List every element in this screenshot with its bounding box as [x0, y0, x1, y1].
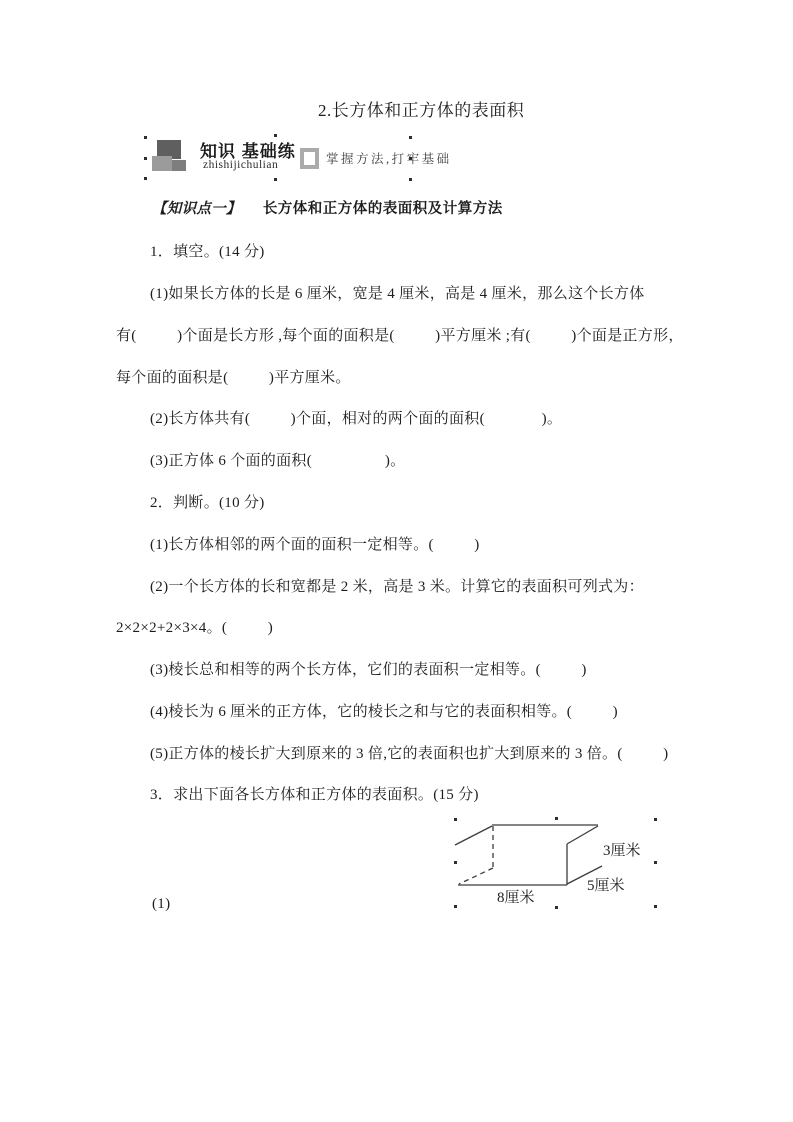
selection-handle[interactable] — [274, 178, 277, 181]
q3-item1-label: (1) — [152, 895, 170, 914]
cuboid-hidden-depth-edge — [459, 868, 493, 884]
knowledge-point-tag: 【知识点一】 — [152, 201, 241, 217]
q1-line3: 每个面的面积是( )平方厘米。 — [116, 369, 351, 388]
selection-handle[interactable] — [654, 905, 657, 908]
q2-sub4: (4)棱长为 6 厘米的正方体，它的棱长之和与它的表面积相等。( ) — [150, 703, 618, 722]
selection-handle[interactable] — [555, 906, 558, 909]
knowledge-point-title: 长方体和正方体的表面积及计算方法 — [263, 201, 503, 217]
q2-sub1: (1)长方体相邻的两个面的面积一定相等。( ) — [150, 536, 480, 555]
q1-line1: (1)如果长方体的长是 6 厘米，宽是 4 厘米，高是 4 厘米，那么这个长方体 — [150, 285, 645, 304]
banner-logo-square-light-icon — [152, 156, 172, 171]
banner-logo-square-mid-icon — [172, 160, 186, 171]
q1-sub3: (3)正方体 6 个面的面积( )。 — [150, 452, 405, 471]
selection-handle[interactable] — [409, 157, 412, 160]
selection-handle[interactable] — [654, 861, 657, 864]
selection-handle[interactable] — [144, 177, 147, 180]
selection-handle[interactable] — [454, 818, 457, 821]
selection-handle[interactable] — [144, 157, 147, 160]
cuboid-figure-image[interactable]: 3厘米 5厘米 8厘米 — [440, 808, 670, 912]
selection-handle[interactable] — [654, 818, 657, 821]
figure-length-label: 8厘米 — [497, 889, 535, 906]
selection-handle[interactable] — [454, 905, 457, 908]
selection-handle[interactable] — [274, 134, 277, 137]
knowledge-banner-image[interactable]: 知识 基础练 zhishijichulian 掌握方法,打牢基础 — [145, 133, 411, 181]
q2-sub2b: 2×2×2+2×3×4。( ) — [116, 619, 273, 638]
figure-height-label: 3厘米 — [603, 842, 641, 859]
banner-tagline: 掌握方法,打牢基础 — [326, 149, 452, 167]
selection-handle[interactable] — [409, 178, 412, 181]
q1-sub2: (2)长方体共有( )个面，相对的两个面的面积( )。 — [150, 410, 562, 429]
worksheet-page: 2.长方体和正方体的表面积 知识 基础练 zhishijichulian 掌握方… — [0, 0, 793, 1122]
selection-handle[interactable] — [144, 136, 147, 139]
banner-square-outline-icon — [300, 148, 319, 169]
cuboid-right-top-depth-edge — [567, 826, 598, 844]
knowledge-point-heading: 【知识点一】长方体和正方体的表面积及计算方法 — [152, 200, 503, 219]
selection-handle[interactable] — [409, 136, 412, 139]
selection-handle[interactable] — [555, 817, 558, 820]
q2-sub2a: (2)一个长方体的长和宽都是 2 米，高是 3 米。计算它的表面积可列式为： — [150, 578, 644, 597]
q3-stem: 3．求出下面各长方体和正方体的表面积。(15 分) — [150, 786, 479, 805]
figure-depth-label: 5厘米 — [587, 877, 625, 894]
q1-stem: 1．填空。(14 分) — [150, 243, 265, 262]
q1-line2: 有( )个面是长方形 ,每个面的面积是( )平方厘米 ;有( )个面是正方形， — [116, 327, 684, 346]
selection-handle[interactable] — [454, 861, 457, 864]
cuboid-left-depth-edge — [455, 826, 492, 845]
q2-sub3: (3)棱长总和相等的两个长方体，它们的表面积一定相等。( ) — [150, 661, 587, 680]
q2-sub5: (5)正方体的棱长扩大到原来的 3 倍,它的表面积也扩大到原来的 3 倍。( ) — [150, 745, 668, 764]
page-title: 2.长方体和正方体的表面积 — [318, 101, 524, 120]
banner-pinyin: zhishijichulian — [203, 159, 278, 171]
q2-stem: 2．判断。(10 分) — [150, 494, 265, 513]
